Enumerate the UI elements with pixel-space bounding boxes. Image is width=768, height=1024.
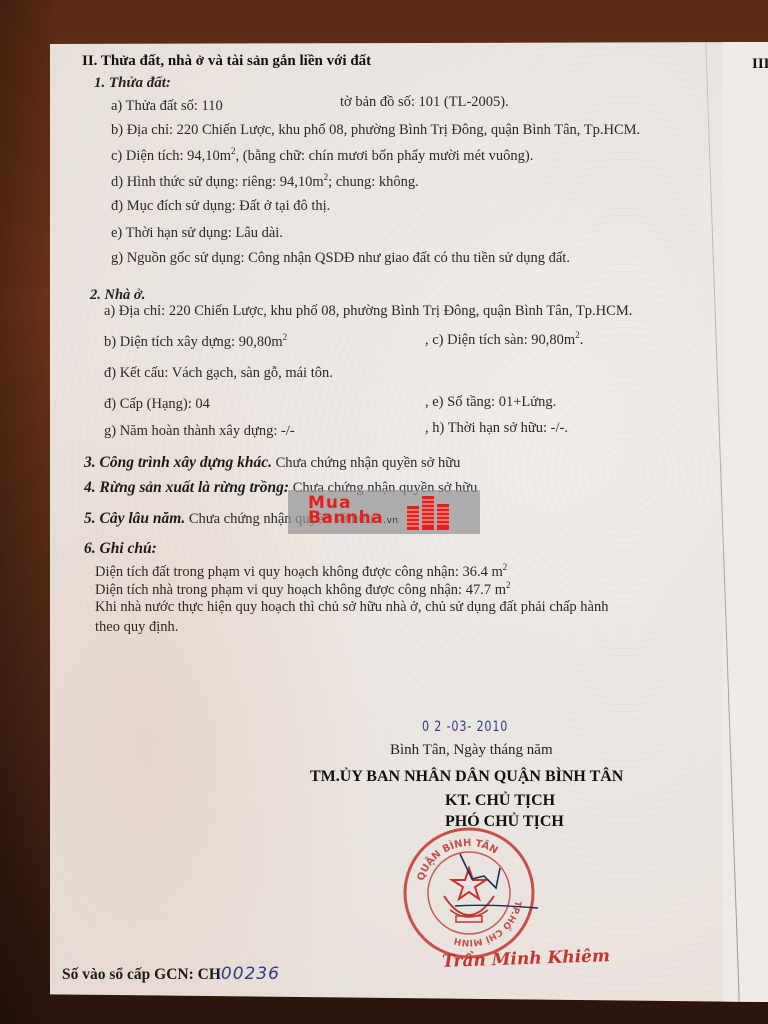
land-heading: 1. Thửa đất: [94,75,171,92]
land-origin: g) Nguồn gốc sử dụng: Công nhận QSDĐ như… [111,250,570,267]
house-grade: đ) Cấp (Hạng): 04 [104,396,210,413]
house-heading: 2. Nhà ở. [90,287,145,304]
notes-line4: theo quy định. [95,619,178,636]
watermark-line2: Bannha.vn [308,511,399,529]
land-term: e) Thời hạn sử dụng: Lâu dài. [111,225,283,242]
signer-kt: KT. CHỦ TỊCH [445,792,555,810]
notes-line3: Khi nhà nước thực hiện quy hoạch thì chủ… [95,599,609,616]
land-map-sheet: tờ bản đồ số: 101 (TL-2005). [340,94,509,111]
registry-number: Số vào sổ cấp GCN: CH00236 [62,964,280,984]
other-works: 3. Công trình xây dựng khác. Chưa chứng … [84,454,460,472]
house-floor-area: , c) Diện tích sàn: 90,80m2. [425,330,583,349]
house-address: a) Địa chỉ: 220 Chiến Lược, khu phố 08, … [104,303,632,320]
land-purpose: đ) Mục đích sử dụng: Đất ở tại đô thị. [111,198,330,215]
watermark-logo: Mua Bannha.vn [288,490,480,534]
house-structure: đ) Kết cấu: Vách gạch, sàn gỗ, mái tôn. [104,365,333,382]
issuing-organization: TM.ỦY BAN NHÂN DÂN QUẬN BÌNH TÂN [310,768,623,786]
next-page-flap [723,42,768,1002]
land-parcel-no: a) Thửa đất số: 110 [111,98,223,115]
section-title: II. Thửa đất, nhà ở và tài sản gắn liền … [82,53,371,70]
land-usage-form: d) Hình thức sử dụng: riêng: 94,10m2; ch… [111,172,419,191]
house-ownership-term: , h) Thời hạn sở hữu: -/-. [425,420,568,437]
land-area: c) Diện tích: 94,10m2, (bằng chữ: chín m… [111,146,533,165]
next-section-label: III [752,56,768,73]
notes-heading: 6. Ghi chú: [84,540,157,558]
house-completion-year: g) Năm hoàn thành xây dựng: -/- [104,423,295,440]
house-build-area: b) Diện tích xây dựng: 90,80m2 [104,332,287,351]
building-icon [407,494,451,530]
date-stamp: 0 2 -03- 2010 [422,719,508,735]
notes-land-unrecognized: Diện tích đất trong phạm vi quy hoạch kh… [95,562,507,581]
official-seal-icon: QUẬN BÌNH TÂN TP.HỒ CHÍ MINH [400,824,538,962]
land-address: b) Địa chỉ: 220 Chiến Lược, khu phố 08, … [111,122,640,139]
place-date: Bình Tân, Ngày tháng năm [390,742,553,759]
house-floors: , e) Số tầng: 01+Lửng. [425,394,556,411]
notes-house-unrecognized: Diện tích nhà trong phạm vi quy hoạch kh… [95,580,510,599]
